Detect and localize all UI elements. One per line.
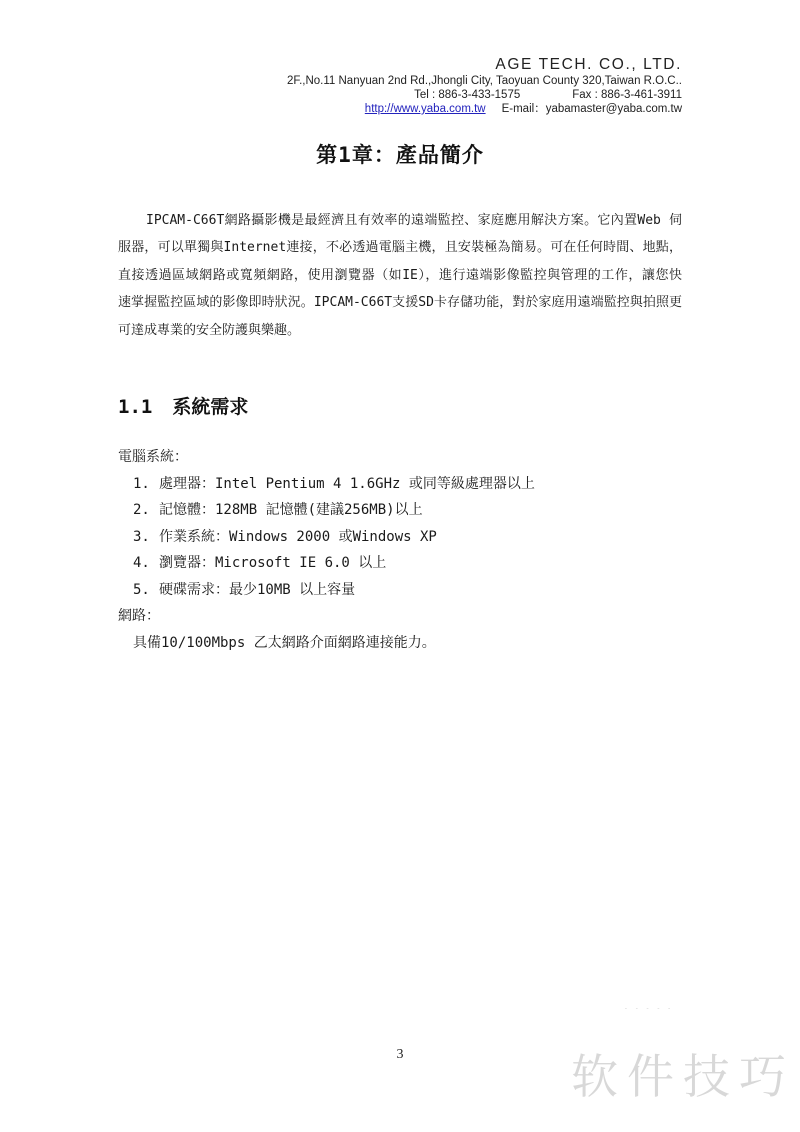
intro-paragraph: IPCAM-C66T網路攝影機是最經濟且有效率的遠端監控、家庭應用解決方案。它內… [118, 207, 682, 344]
paragraph-line: 直接透過區域網路或寬頻網路，使用瀏覽器（如IE），進行遠端影像監控與管理的工作，… [118, 262, 682, 289]
requirement-number: 5. [133, 577, 151, 604]
web-email-line: http://www.yaba.com.twE-mail：yabamaster@… [287, 102, 682, 117]
watermark: 软件技巧 [571, 1040, 795, 1107]
paragraph-line: 服器，可以單獨與Internet連接，不必透過電腦主機，且安裝極為簡易。可在任何… [118, 234, 682, 261]
company-name: AGE TECH. CO., LTD. [287, 55, 682, 74]
tel-number: Tel : 886-3-433-1575 [414, 89, 520, 101]
section-title: 系統需求 [172, 396, 248, 418]
tel-fax-line: Tel : 886-3-433-1575Fax : 886-3-461-3911 [287, 88, 682, 102]
paragraph-line: 可達成專業的安全防護與樂趣。 [118, 317, 682, 344]
requirement-number: 2. [133, 497, 151, 524]
requirement-number: 1. [133, 471, 151, 498]
system-requirements: 電腦系統： 1.處理器：Intel Pentium 4 1.6GHz 或同等級處… [118, 444, 688, 656]
computer-system-label: 電腦系統： [118, 444, 688, 471]
section-heading: 1.1系統需求 [118, 392, 248, 419]
section-number: 1.1 [118, 396, 152, 418]
requirement-text: 瀏覽器：Microsoft IE 6.0 以上 [159, 555, 386, 571]
requirement-item: 1.處理器：Intel Pentium 4 1.6GHz 或同等級處理器以上 [118, 471, 688, 498]
chapter-title: 第1章：產品簡介 [0, 139, 800, 169]
requirement-item: 4.瀏覽器：Microsoft IE 6.0 以上 [118, 550, 688, 577]
requirement-text: 處理器：Intel Pentium 4 1.6GHz 或同等級處理器以上 [159, 476, 535, 492]
requirement-text: 硬碟需求：最少10MB 以上容量 [159, 582, 355, 598]
network-label: 網路： [118, 603, 688, 630]
requirement-number: 3. [133, 524, 151, 551]
requirement-item: 2.記憶體：128MB 記憶體(建議256MB)以上 [118, 497, 688, 524]
requirement-item: 3.作業系統：Windows 2000 或Windows XP [118, 524, 688, 551]
email-address: yabamaster@yaba.com.tw [546, 103, 682, 115]
requirement-text: 記憶體：128MB 記憶體(建議256MB)以上 [159, 502, 423, 518]
fax-number: Fax : 886-3-461-3911 [572, 89, 682, 101]
company-address: 2F.,No.11 Nanyuan 2nd Rd.,Jhongli City, … [287, 74, 682, 88]
requirement-text: 作業系統：Windows 2000 或Windows XP [159, 529, 437, 545]
paragraph-line: 速掌握監控區域的影像即時狀況。IPCAM-C66T支援SD卡存儲功能，對於家庭用… [118, 289, 682, 316]
company-header: AGE TECH. CO., LTD. 2F.,No.11 Nanyuan 2n… [287, 55, 682, 117]
requirement-number: 4. [133, 550, 151, 577]
document-page: AGE TECH. CO., LTD. 2F.,No.11 Nanyuan 2n… [0, 0, 800, 1132]
scan-artifact-dots: ..... [622, 1004, 672, 1009]
website-link[interactable]: http://www.yaba.com.tw [365, 103, 486, 115]
email-label: E-mail： [502, 103, 546, 115]
paragraph-line: IPCAM-C66T網路攝影機是最經濟且有效率的遠端監控、家庭應用解決方案。它內… [118, 207, 682, 234]
requirement-item: 5.硬碟需求：最少10MB 以上容量 [118, 577, 688, 604]
network-requirement: 具備10/100Mbps 乙太網路介面網路連接能力。 [118, 630, 688, 657]
